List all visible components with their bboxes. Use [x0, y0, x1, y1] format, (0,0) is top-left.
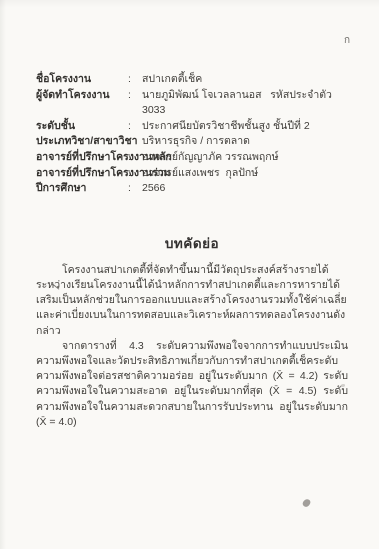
metadata-value: 2566	[142, 181, 348, 197]
metadata-label: ประเภทวิชา/สาขาวิชา	[36, 134, 128, 150]
metadata-row-field-of-study: ประเภทวิชา/สาขาวิชา : บริหารธุรกิจ / การ…	[36, 134, 348, 150]
metadata-colon: :	[128, 181, 142, 197]
project-metadata: ชื่อโครงงาน : สปาเกตตี้เช็ค ผู้จัดทำโครง…	[36, 72, 348, 197]
metadata-colon: :	[128, 166, 142, 182]
metadata-value: บริหารธุรกิจ / การตลาด	[142, 134, 348, 150]
metadata-value: อาจารย์แสงเพชร กุลปักษ์	[142, 166, 348, 182]
abstract-paragraph-1: โครงงานสปาเกตตี้ที่จัดทำขึ้นมานี้มีวัตถุ…	[36, 263, 348, 339]
metadata-label: ชื่อโครงงาน	[36, 72, 128, 88]
metadata-row-co-advisor: อาจารย์ที่ปรึกษาโครงงานร่วม : อาจารย์แสง…	[36, 166, 348, 182]
metadata-colon: :	[128, 119, 142, 135]
metadata-colon: :	[128, 72, 142, 88]
metadata-value: อาจารย์กัญญาภัค วรรณพฤกษ์	[142, 150, 348, 166]
abstract-heading: บทคัดย่อ	[36, 232, 348, 254]
metadata-label: ผู้จัดทำโครงงาน	[36, 88, 128, 104]
metadata-colon: :	[128, 88, 142, 104]
abstract-paragraph-2: จากตารางที่ 4.3 ระดับความพึงพอใจจากการทำ…	[36, 339, 348, 430]
metadata-value: สปาเกตตี้เช็ค	[142, 72, 348, 88]
metadata-row-grade-level: ระดับชั้น : ประกาศนียบัตรวิชาชีพชั้นสูง …	[36, 119, 348, 135]
metadata-label: ระดับชั้น	[36, 119, 128, 135]
metadata-label: อาจารย์ที่ปรึกษาโครงงานหลัก	[36, 150, 128, 166]
metadata-label: อาจารย์ที่ปรึกษาโครงงานร่วม	[36, 166, 128, 182]
metadata-colon: :	[128, 134, 142, 150]
metadata-colon: :	[128, 150, 142, 166]
metadata-row-academic-year: ปีการศึกษา : 2566	[36, 181, 348, 197]
metadata-row-project-title: ชื่อโครงงาน : สปาเกตตี้เช็ค	[36, 72, 348, 88]
metadata-value: ประกาศนียบัตรวิชาชีพชั้นสูง ชั้นปีที่ 2	[142, 119, 348, 135]
page-number: ก	[344, 36, 350, 46]
metadata-row-author: ผู้จัดทำโครงงาน : นายภูมิพัฒน์ โจเวลลานอ…	[36, 88, 348, 119]
metadata-value: นายภูมิพัฒน์ โจเวลลานอส รหัสประจำตัว 303…	[142, 88, 348, 119]
document-page: ก ชื่อโครงงาน : สปาเกตตี้เช็ค ผู้จัดทำโค…	[0, 0, 379, 549]
scan-smudge	[302, 498, 312, 508]
metadata-row-main-advisor: อาจารย์ที่ปรึกษาโครงงานหลัก : อาจารย์กัญ…	[36, 150, 348, 166]
metadata-label: ปีการศึกษา	[36, 181, 128, 197]
